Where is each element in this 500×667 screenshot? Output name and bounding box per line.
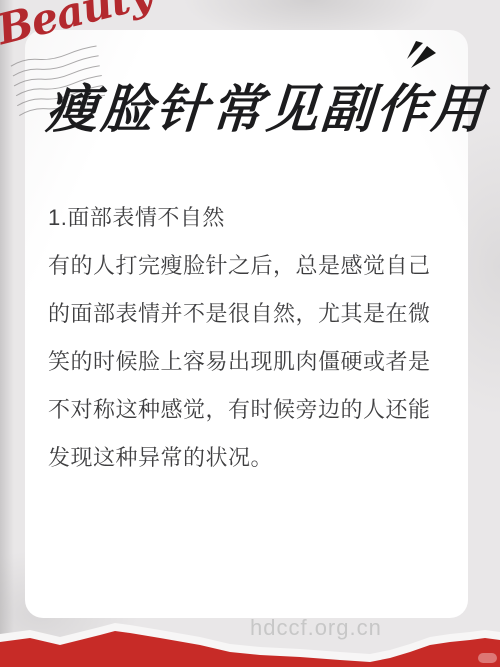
- torn-paper-band: [0, 617, 500, 667]
- corner-watermark-pill: [478, 653, 497, 663]
- body-line: 有的人打完瘦脸针之后，总是感觉自己: [48, 242, 453, 290]
- body-text-block: 1.面部表情不自然 有的人打完瘦脸针之后，总是感觉自己 的面部表情并不是很自然，…: [48, 194, 453, 482]
- body-line: 笑的时候脸上容易出现肌肉僵硬或者是: [48, 338, 453, 386]
- section-heading: 1.面部表情不自然: [48, 194, 453, 242]
- brand-script-text: Beauty: [0, 0, 157, 54]
- poster-background: Beauty 瘦脸针常见副作用 1.面部表情不自然 有的人打完瘦脸针之后，总是感…: [0, 0, 500, 667]
- flash-spark-icon: [404, 40, 438, 75]
- body-line: 发现这种异常的状况。: [48, 434, 453, 482]
- page-title: 瘦脸针常见副作用: [44, 84, 478, 136]
- body-line: 不对称这种感觉，有时候旁边的人还能: [48, 386, 453, 434]
- body-line: 的面部表情并不是很自然，尤其是在微: [48, 290, 453, 338]
